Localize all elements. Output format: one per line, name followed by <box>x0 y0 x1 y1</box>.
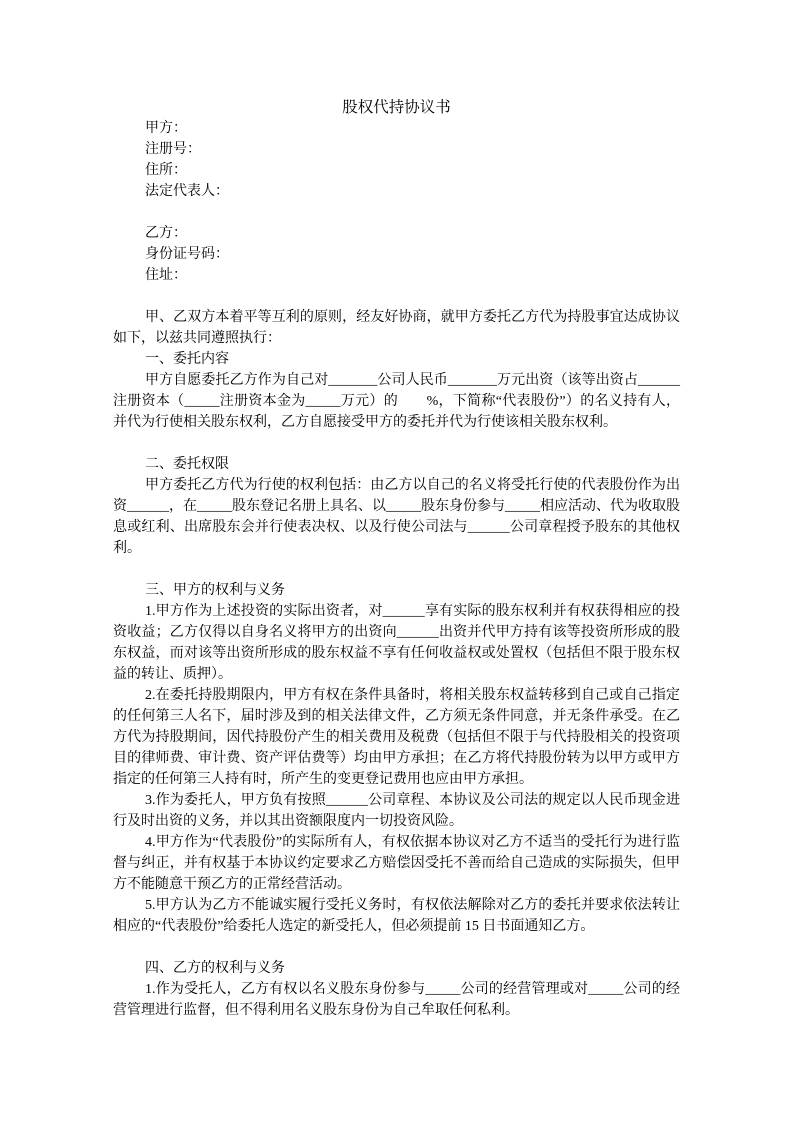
document-page: 股权代持协议书 甲方：注册号：住所：法定代表人：乙方：身份证号码：住址：甲、乙双… <box>0 0 793 1122</box>
party-a-address-label: 住所： <box>113 160 680 181</box>
party-b-address-label: 住址： <box>113 265 680 286</box>
section-2-paragraph: 甲方委托乙方代为行使的权利包括：由乙方以自己的名义将受托行使的代表股份作为出资_… <box>113 475 680 559</box>
document-body: 甲方：注册号：住所：法定代表人：乙方：身份证号码：住址：甲、乙双方本着平等互利的… <box>113 118 680 1021</box>
party-a-reg-no-label: 注册号： <box>113 139 680 160</box>
party-b-label: 乙方： <box>113 223 680 244</box>
section-1-paragraph: 甲方自愿委托乙方作为自己对_______公司人民币_______万元出资（该等出… <box>113 370 680 433</box>
party-a-legal-rep-label: 法定代表人： <box>113 181 680 202</box>
spacer <box>113 559 680 580</box>
section-3-item-4: 4.甲方作为“代表股份”的实际所有人，有权依据本协议对乙方不适当的受托行为进行监… <box>113 832 680 895</box>
spacer <box>113 433 680 454</box>
section-4-item-1: 1.作为受托人，乙方有权以名义股东身份参与_____公司的经营管理或对_____… <box>113 979 680 1021</box>
spacer <box>113 202 680 223</box>
section-2-heading: 二、委托权限 <box>113 454 680 475</box>
party-a-label: 甲方： <box>113 118 680 139</box>
section-3-item-5: 5.甲方认为乙方不能诚实履行受托义务时，有权依法解除对乙方的委托并要求依法转让相… <box>113 895 680 937</box>
party-b-id-label: 身份证号码： <box>113 244 680 265</box>
section-1-heading: 一、委托内容 <box>113 349 680 370</box>
section-4-heading: 四、乙方的权利与义务 <box>113 958 680 979</box>
section-3-item-2: 2.在委托持股期限内，甲方有权在条件具备时，将相关股东权益转移到自己或自己指定的… <box>113 685 680 790</box>
preamble: 甲、乙双方本着平等互利的原则，经友好协商，就甲方委托乙方代为持股事宜达成协议如下… <box>113 307 680 349</box>
section-3-item-3: 3.作为委托人，甲方负有按照______公司章程、本协议及公司法的规定以人民币现… <box>113 790 680 832</box>
section-3-heading: 三、甲方的权利与义务 <box>113 580 680 601</box>
spacer <box>113 286 680 307</box>
section-3-item-1: 1.甲方作为上述投资的实际出资者，对______享有实际的股东权利并有权获得相应… <box>113 601 680 685</box>
spacer <box>113 937 680 958</box>
document-title: 股权代持协议书 <box>113 97 680 118</box>
